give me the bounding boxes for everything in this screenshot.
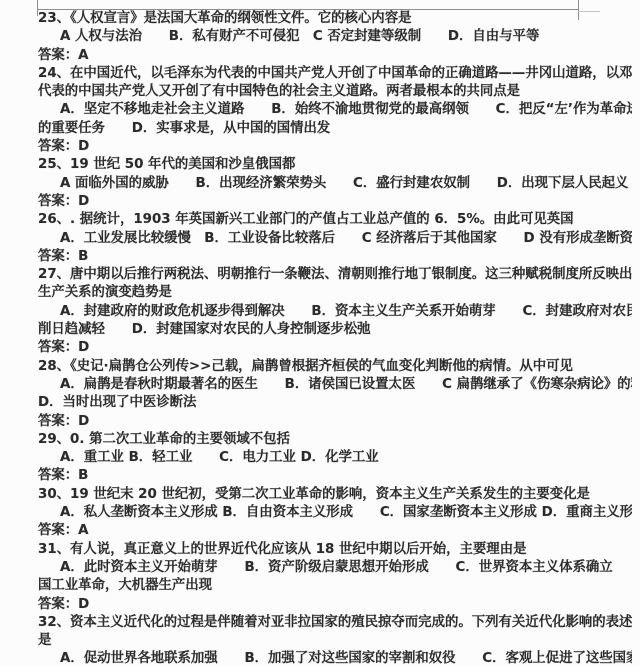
question-line: 生产关系的演变趋势是 [38,284,632,302]
question-line: 26、. 据统计，1903 年英国新兴工业部门的产值占工业总产值的 6．5%。由… [38,211,632,229]
question-block-26: 26、. 据统计，1903 年英国新兴工业部门的产值占工业总产值的 6．5%。由… [38,211,632,266]
answer-line: 答案：A [38,522,632,540]
question-line: A．封建政府的财政危机逐步得到解决 B．资本主义生产关系开始萌芽 C．封建政府对… [38,303,632,321]
document-page: 23、《人权宣言》是法国大革命的纲领性文件。它的核心内容是A 人权与法治 B．私… [0,0,640,666]
question-line: 32、资本主义近代化的过程是伴随着对亚非拉国家的殖民掠夺而完成的。下列有关近代化… [38,614,632,632]
question-line: A．此时资本主义开始萌芽 B．资产阶级启蒙思想开始形成 C．世界资本主义体系确立… [38,559,632,577]
question-block-24: 24、在中国近代，以毛泽东为代表的中国共产党人开创了中国革命的正确道路——井冈山… [38,65,632,156]
question-block-31: 31、有人说，真正意义上的世界近代化应该从 18 世纪中期以后开始，主要理由是A… [38,541,632,614]
answer-line: 答案：D [38,193,632,211]
question-line: A 面临外国的威胁 B．出现经济繁荣势头 C．盛行封建农奴制 D．出现下层人民起… [38,175,632,193]
question-line: 削日趋减轻 D．封建国家对农民的人身控制逐步松弛 [38,321,632,339]
question-block-29: 29、0. 第二次工业革命的主要领域不包括A．重工业 B．轻工业 C．电力工业 … [38,431,632,486]
question-line: 的重要任务 D．实事求是，从中国的国情出发 [38,120,632,138]
question-line: 27、唐中期以后推行两税法、明朝推行一条鞭法、清朝则推行地丁银制度。这三种赋税制… [38,266,632,284]
question-line: A．促动世界各地联系加强 B．加强了对这些国家的宰割和奴役 C．客观上促进了这些… [38,650,632,666]
question-block-25: 25、19 世纪 50 年代的美国和沙皇俄国都A 面临外国的威胁 B．出现经济繁… [38,156,632,211]
question-block-27: 27、唐中期以后推行两税法、明朝推行一条鞭法、清朝则推行地丁银制度。这三种赋税制… [38,266,632,357]
question-line: 30、19 世纪末 20 世纪初，受第二次工业革命的影响，资本主义生产关系发生的… [38,486,632,504]
question-block-28: 28、《史记·扁鹊仓公列传>>己载，扁鹊曾根据齐桓侯的气血变化判断他的病情。从中… [38,358,632,431]
question-line: 是 [38,632,632,650]
question-block-30: 30、19 世纪末 20 世纪初，受第二次工业革命的影响，资本主义生产关系发生的… [38,486,632,541]
question-block-23: 23、《人权宣言》是法国大革命的纲领性文件。它的核心内容是A 人权与法治 B．私… [38,10,632,65]
question-line: A．扁鹊是春秋时期最著名的医生 B．诸侯国已设置太医 C 扁鹊继承了《伤寒杂病论… [38,376,632,394]
question-line: A．工业发展比较缓慢 B．工业设备比较落后 C 经济落后于其他国家 D 没有形成… [38,230,632,248]
answer-line: 答案：D [38,138,632,156]
question-line: 31、有人说，真正意义上的世界近代化应该从 18 世纪中期以后开始，主要理由是 [38,541,632,559]
question-line: A．重工业 B．轻工业 C．电力工业 D．化学工业 [38,449,632,467]
question-line: A．坚定不移地走社会主义道路 B．始终不渝地贯彻党的最高纲领 C．把反“左’作为… [38,101,632,119]
question-line: D．当时出现了中医诊断法 [38,394,632,412]
question-line: 代表的中国共产党人又开创了有中国特色的社会主义道路。两者最根本的共同点是 [38,83,632,101]
question-line: 25、19 世纪 50 年代的美国和沙皇俄国都 [38,156,632,174]
question-line: 23、《人权宣言》是法国大革命的纲领性文件。它的核心内容是 [38,10,632,28]
exam-document-page: { "document": { "kind": "history-exam-mu… [0,0,640,666]
question-line: A 人权与法治 B．私有财产不可侵犯 C 否定封建等级制 D．自由与平等 [38,28,632,46]
question-block-32: 32、资本主义近代化的过程是伴随着对亚非拉国家的殖民掠夺而完成的。下列有关近代化… [38,614,632,666]
answer-line: 答案：B [38,248,632,266]
question-line: A．私人垄断资本主义形成 B．自由资本主义形成 C．国家垄断资本主义形成 D．重… [38,504,632,522]
question-line: 国工业革命，大机器生产出现 [38,577,632,595]
answer-line: 答案：B [38,467,632,485]
answer-line: 答案：D [38,596,632,614]
question-line: 29、0. 第二次工业革命的主要领域不包括 [38,431,632,449]
answer-line: 答案：A [38,47,632,65]
answer-line: 答案：D [38,413,632,431]
question-line: 28、《史记·扁鹊仓公列传>>己载，扁鹊曾根据齐桓侯的气血变化判断他的病情。从中… [38,358,632,376]
question-list: 23、《人权宣言》是法国大革命的纲领性文件。它的核心内容是A 人权与法治 B．私… [38,10,632,666]
question-line: 24、在中国近代，以毛泽东为代表的中国共产党人开创了中国革命的正确道路——井冈山… [38,65,632,83]
answer-line: 答案：D [38,339,632,357]
